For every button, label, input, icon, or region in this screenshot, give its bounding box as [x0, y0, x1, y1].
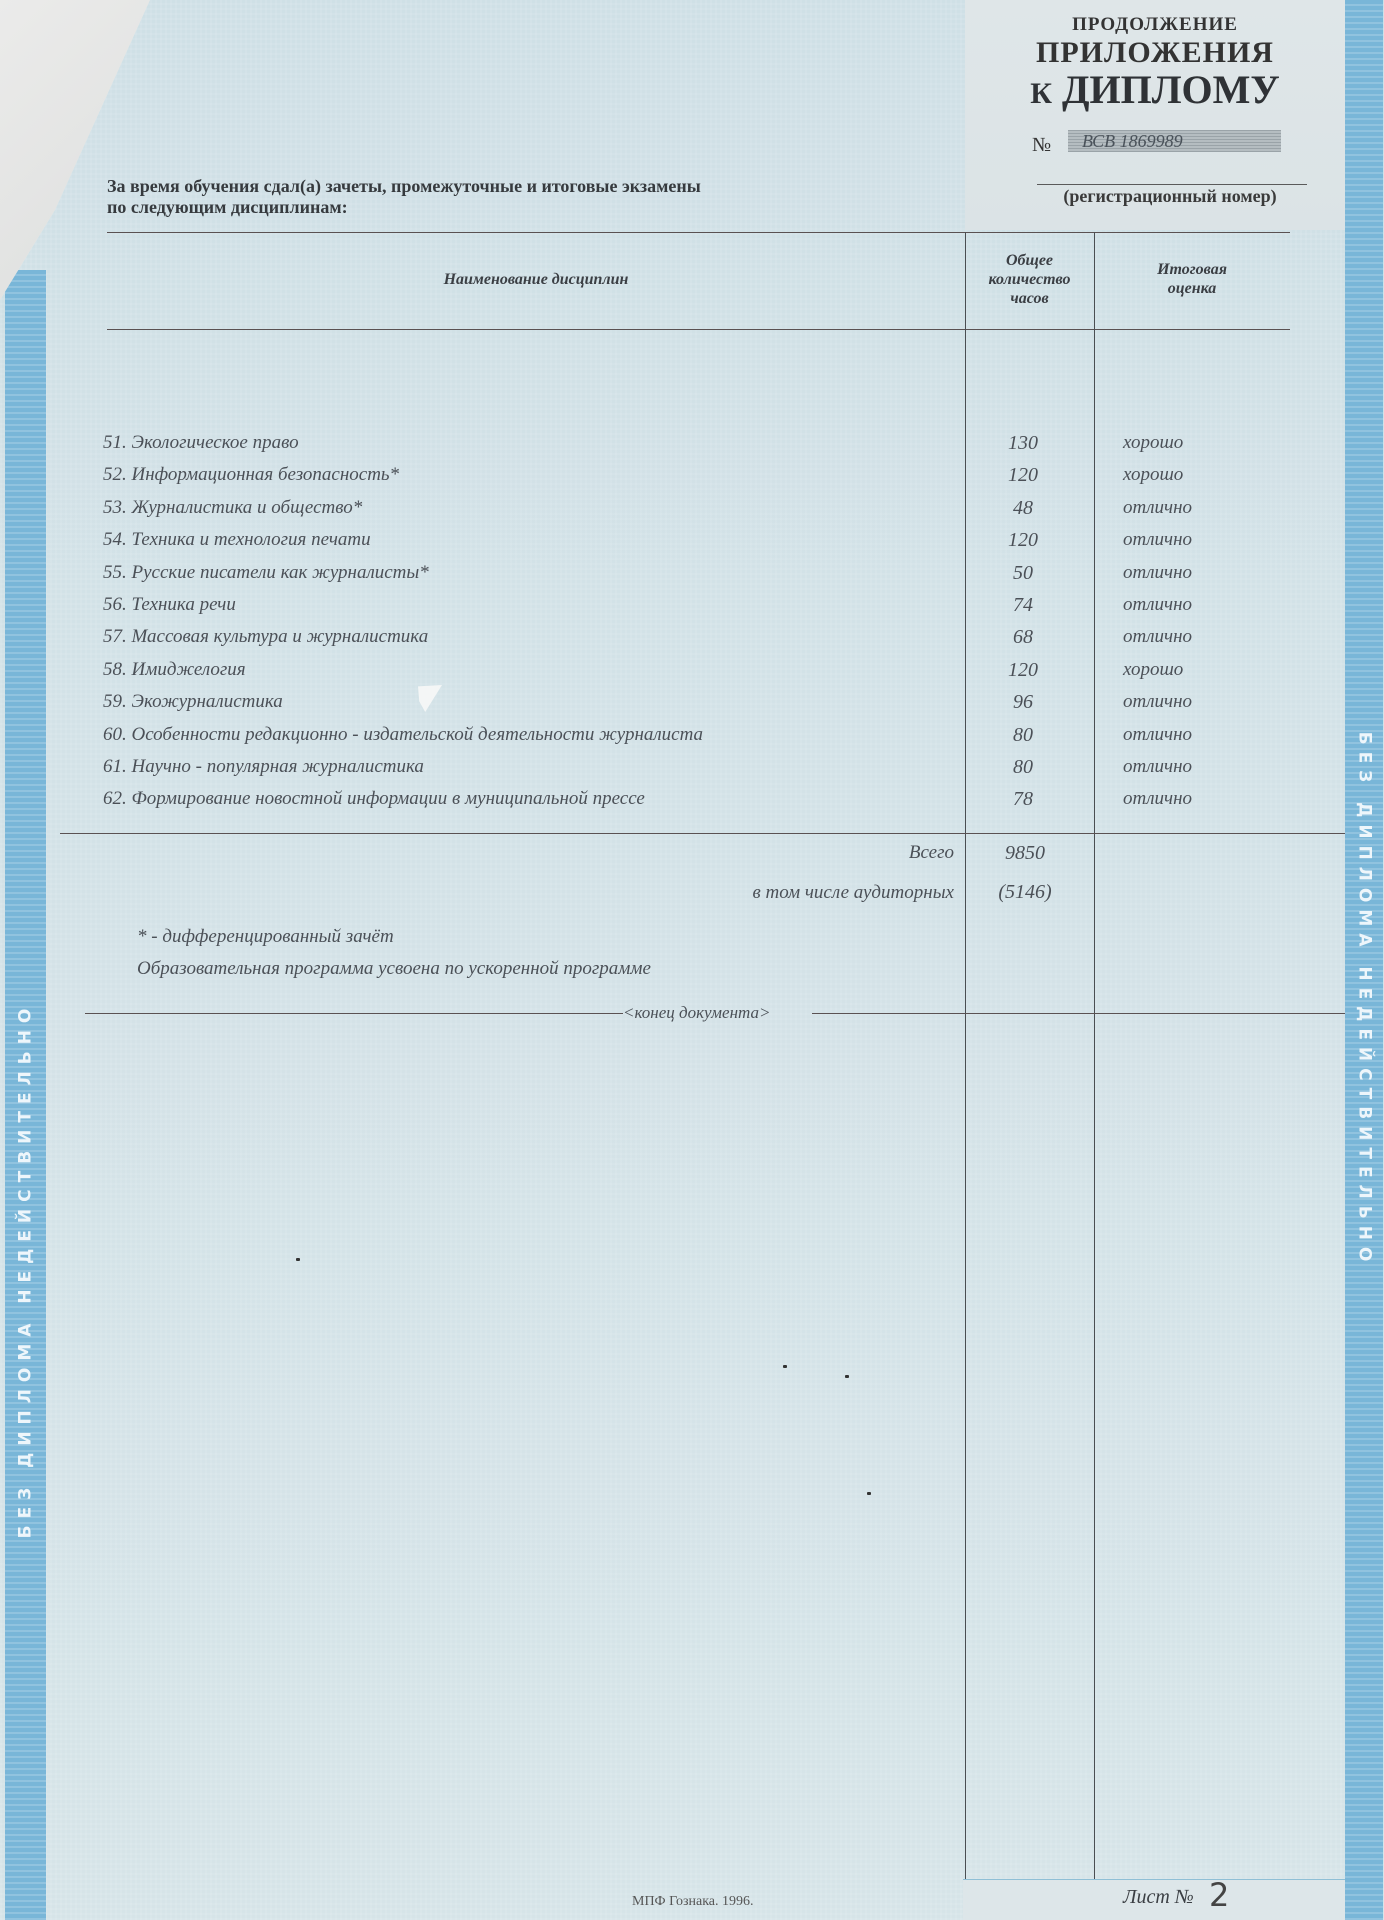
total-label: Всего	[909, 842, 954, 864]
hours-header-line-2: количество	[965, 270, 1094, 289]
paper-tear	[418, 685, 442, 712]
column-divider-hours	[965, 232, 966, 1879]
totals-rule	[60, 833, 1345, 834]
discipline-name: 52. Информационная безопасность*	[103, 464, 399, 486]
discipline-name: 57. Массовая культура и журналистика	[103, 626, 428, 648]
printer-imprint: МПФ Гознака. 1996.	[632, 1894, 754, 1910]
left-security-strip: БЕЗ ДИПЛОМА НЕДЕЙСТВИТЕЛЬНО	[5, 270, 46, 1920]
diploma-appendix-sheet: БЕЗ ДИПЛОМА НЕДЕЙСТВИТЕЛЬНО БЕЗ ДИПЛОМА …	[0, 0, 1384, 1920]
registration-number: ВСВ 1869989	[1068, 130, 1281, 152]
grade-header-line-2: оценка	[1094, 279, 1290, 298]
table-header-rule	[107, 329, 1290, 330]
sheet-label: Лист №	[1123, 1886, 1194, 1909]
grade-header-line-1: Итоговая	[1094, 260, 1290, 279]
discipline-grade: отлично	[1123, 691, 1192, 713]
column-header-hours: Общее количество часов	[965, 251, 1094, 308]
speck	[783, 1365, 787, 1368]
end-rule-left	[85, 1013, 623, 1014]
discipline-hours: 48	[983, 497, 1063, 520]
discipline-grade: отлично	[1123, 626, 1192, 648]
discipline-name: 58. Имиджелогия	[103, 659, 246, 681]
discipline-grade: отлично	[1123, 756, 1192, 778]
discipline-hours: 120	[983, 659, 1063, 682]
right-strip-text: БЕЗ ДИПЛОМА НЕДЕЙСТВИТЕЛЬНО	[1354, 732, 1374, 1269]
discipline-name: 61. Научно - популярная журналистика	[103, 756, 424, 778]
end-rule-right	[812, 1013, 1345, 1014]
column-divider-grade	[1094, 232, 1095, 1879]
discipline-grade: хорошо	[1123, 659, 1183, 681]
registration-underline	[1037, 184, 1307, 185]
sheet-number: 2	[1209, 1876, 1229, 1914]
discipline-hours: 68	[983, 626, 1063, 649]
registration-caption: (регистрационный номер)	[965, 186, 1375, 207]
speck	[845, 1375, 849, 1378]
right-security-strip: БЕЗ ДИПЛОМА НЕДЕЙСТВИТЕЛЬНО	[1345, 0, 1383, 1920]
speck	[867, 1492, 871, 1495]
left-strip-text: БЕЗ ДИПЛОМА НЕДЕЙСТВИТЕЛЬНО	[16, 1002, 36, 1539]
title-line-2: ПРИЛОЖЕНИЯ	[965, 36, 1345, 70]
discipline-name: 55. Русские писатели как журналисты*	[103, 562, 429, 584]
classroom-value: (5146)	[985, 881, 1065, 904]
discipline-name: 60. Особенности редакционно - издательск…	[103, 724, 703, 746]
discipline-hours: 50	[983, 562, 1063, 585]
column-header-grade: Итоговая оценка	[1094, 260, 1290, 298]
discipline-hours: 120	[983, 464, 1063, 487]
end-of-document-marker: <конец документа>	[623, 1003, 770, 1023]
title-line-3: К ДИПЛОМУ	[965, 66, 1345, 113]
discipline-grade: отлично	[1123, 529, 1192, 551]
discipline-grade: хорошо	[1123, 464, 1183, 486]
total-value: 9850	[985, 842, 1065, 865]
hours-header-line-3: часов	[965, 289, 1094, 308]
discipline-grade: отлично	[1123, 497, 1192, 519]
title-block: ПРОДОЛЖЕНИЕ ПРИЛОЖЕНИЯ К ДИПЛОМУ № ВСВ 1…	[965, 0, 1345, 230]
discipline-grade: отлично	[1123, 724, 1192, 746]
discipline-name: 62. Формирование новостной информации в …	[103, 788, 645, 810]
discipline-hours: 120	[983, 529, 1063, 552]
discipline-hours: 78	[983, 788, 1063, 811]
discipline-name: 54. Техника и технология печати	[103, 529, 371, 551]
title-line-1: ПРОДОЛЖЕНИЕ	[965, 14, 1345, 36]
discipline-name: 51. Экологическое право	[103, 432, 299, 454]
discipline-grade: хорошо	[1123, 432, 1183, 454]
hours-header-line-1: Общее	[965, 251, 1094, 270]
discipline-name: 56. Техника речи	[103, 594, 236, 616]
discipline-hours: 130	[983, 432, 1063, 455]
intro-text: За время обучения сдал(а) зачеты, промеж…	[107, 176, 701, 218]
discipline-grade: отлично	[1123, 562, 1192, 584]
sheet-number-box: Лист № 2	[963, 1879, 1345, 1920]
discipline-grade: отлично	[1123, 594, 1192, 616]
title-word: ДИПЛОМУ	[1062, 67, 1280, 112]
intro-line-1: За время обучения сдал(а) зачеты, промеж…	[107, 176, 701, 197]
discipline-name: 59. Экожурналистика	[103, 691, 283, 713]
discipline-hours: 74	[983, 594, 1063, 617]
discipline-hours: 96	[983, 691, 1063, 714]
classroom-label: в том числе аудиторных	[753, 882, 955, 904]
program-note: Образовательная программа усвоена по уск…	[137, 958, 651, 980]
table-top-rule	[107, 232, 1290, 233]
speck	[296, 1258, 300, 1261]
discipline-hours: 80	[983, 724, 1063, 747]
discipline-name: 53. Журналистика и общество*	[103, 497, 362, 519]
footnote: * - дифференцированный зачёт	[137, 926, 394, 948]
discipline-grade: отлично	[1123, 788, 1192, 810]
discipline-hours: 80	[983, 756, 1063, 779]
title-prefix: К	[1030, 77, 1052, 110]
column-header-name: Наименование дисциплин	[107, 270, 965, 289]
intro-line-2: по следующим дисциплинам:	[107, 197, 701, 218]
number-sign: №	[1032, 134, 1051, 157]
